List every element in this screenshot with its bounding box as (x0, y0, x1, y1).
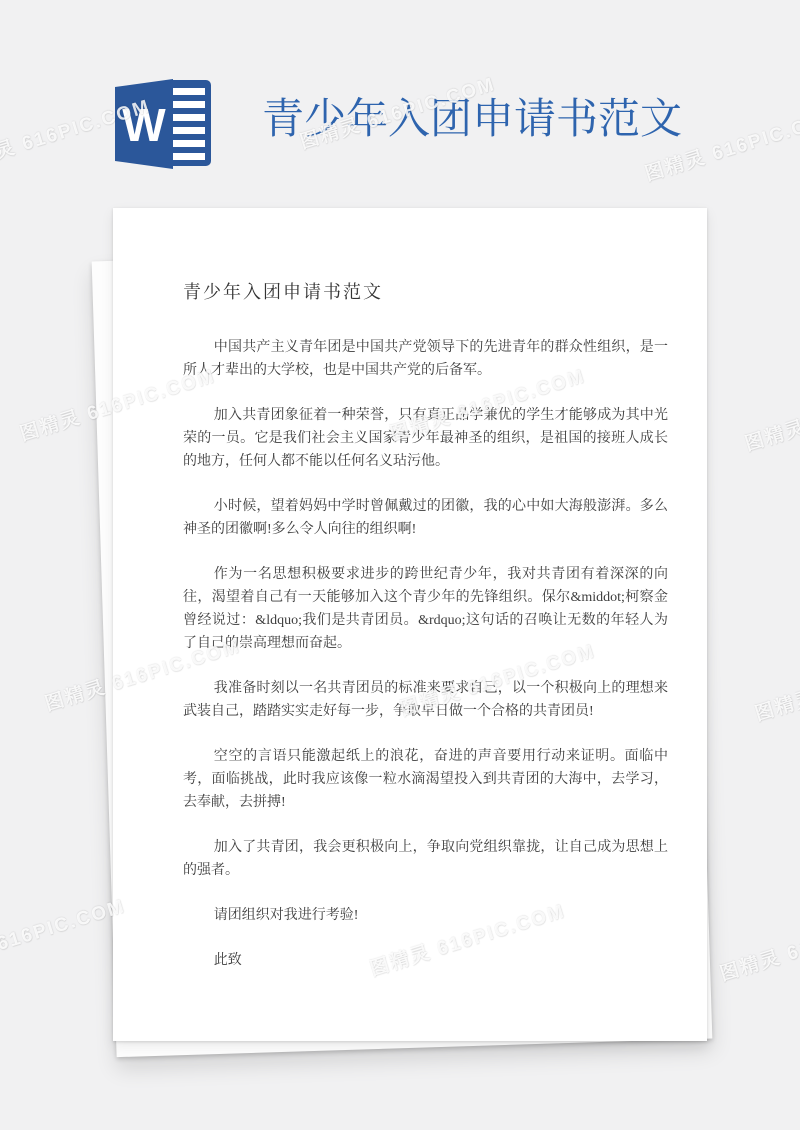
page-background: W 青少年入团申请书范文 青少年入团申请书范文 中国共产主义青年团是中国共产党领… (0, 0, 800, 1130)
document-title: 青少年入团申请书范文 (183, 278, 668, 304)
document-paragraph: 请团组织对我进行考验! (183, 904, 668, 927)
document-paragraph: 加入共青团象征着一种荣誉，只有真正品学兼优的学生才能够成为其中光荣的一员。它是我… (183, 404, 668, 473)
watermark-text: 图精灵 616PIC.COM (741, 371, 800, 456)
svg-text:W: W (122, 99, 166, 151)
watermark-text: 图精灵 616PIC.COM (716, 901, 800, 986)
document-paragraph: 中国共产主义青年团是中国共产党领导下的先进青年的群众性组织，是一所人才辈出的大学… (183, 336, 668, 382)
document-paragraph: 此致 (183, 949, 668, 972)
word-icon: W (113, 78, 212, 170)
document-paragraph: 作为一名思想积极要求进步的跨世纪青少年，我对共青团有着深深的向往，渴望着自己有一… (183, 563, 668, 655)
document-paragraph: 我准备时刻以一名共青团员的标准来要求自己，以一个积极向上的理想来武装自己，踏踏实… (183, 677, 668, 723)
page-title: 青少年入团申请书范文 (262, 86, 682, 146)
document-paragraph: 小时候，望着妈妈中学时曾佩戴过的团徽，我的心中如大海般澎湃。多么神圣的团徽啊!多… (183, 495, 668, 541)
watermark-text: 图精灵 616PIC.COM (751, 641, 800, 726)
watermark-text: 图精灵 616PIC.COM (0, 891, 128, 976)
document-paragraph: 空空的言语只能激起纸上的浪花，奋进的声音要用行动来证明。面临中考，面临挑战，此时… (183, 745, 668, 814)
word-icon-graphic: W (113, 78, 212, 170)
document-page: 青少年入团申请书范文 中国共产主义青年团是中国共产党领导下的先进青年的群众性组织… (113, 208, 707, 1041)
document-paragraph: 加入了共青团，我会更积极向上，争取向党组织靠拢，让自己成为思想上的强者。 (183, 836, 668, 882)
